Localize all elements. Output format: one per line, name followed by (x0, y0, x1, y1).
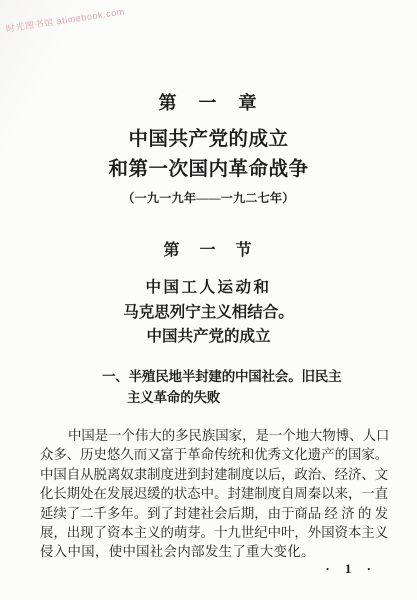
section-title-line-2: 马克思列宁主义相结合。 (0, 301, 417, 326)
chapter-heading-block: 第 一 章 中国共产党的成立 和第一次国内革命战争 （一九一九年——一九二七年） (0, 92, 417, 206)
body-line: 中国是一个伟大的多民族国家，是一个地大物博、人口 (40, 426, 384, 445)
section-number-label: 第 一 节 (0, 241, 417, 261)
book-page: 时光图书馆 atimebook.com 第 一 章 中国共产党的成立 和第一次国… (0, 0, 417, 600)
chapter-title-line-1: 中国共产党的成立 (0, 125, 417, 155)
subsection-heading: 一、半殖民地半封建的中国社会。旧民主 主义革命的失败 (102, 367, 341, 408)
chapter-date-range: （一九一九年——一九二七年） (0, 189, 417, 206)
section-heading-block: 第 一 节 中国工人运动和 马克思列宁主义相结合。 中国共产党的成立 (0, 241, 417, 350)
library-watermark: 时光图书馆 atimebook.com (5, 4, 126, 35)
chapter-number-label: 第 一 章 (0, 92, 417, 114)
section-title-line-1: 中国工人运动和 (0, 276, 417, 301)
subsection-heading-line-1: 一、半殖民地半封建的中国社会。旧民主 (102, 367, 341, 388)
section-title-line-3: 中国共产党的成立 (0, 325, 417, 350)
body-line: 侵入中国，使中国社会内部发生了重大变化。 (40, 542, 384, 561)
chapter-title-line-2: 和第一次国内革命战争 (0, 155, 417, 185)
section-title: 中国工人运动和 马克思列宁主义相结合。 中国共产党的成立 (0, 276, 417, 350)
body-paragraph: 中国是一个伟大的多民族国家，是一个地大物博、人口 众多、历史悠久而又富于革命传统… (40, 426, 384, 562)
subsection-heading-line-2: 主义革命的失败 (127, 388, 341, 409)
body-line: 众多、历史悠久而又富于革命传统和优秀文化遗产的国家。 (40, 445, 384, 464)
body-line: 延续了二千多年。到了封建社会后期，由于商品 经 济 的 发 (40, 504, 384, 523)
body-line: 展，出现了资本主义的萌芽。十九世纪中叶，外国资本主义 (40, 523, 384, 542)
page-number: · 1 · (325, 561, 372, 577)
body-line: 中国自从脱离奴隶制度进到封建制度以后，政治、经济、文 (40, 465, 384, 484)
body-line: 化长期处在发展迟缓的状态中。封建制度自周秦以来，一直 (40, 484, 384, 503)
